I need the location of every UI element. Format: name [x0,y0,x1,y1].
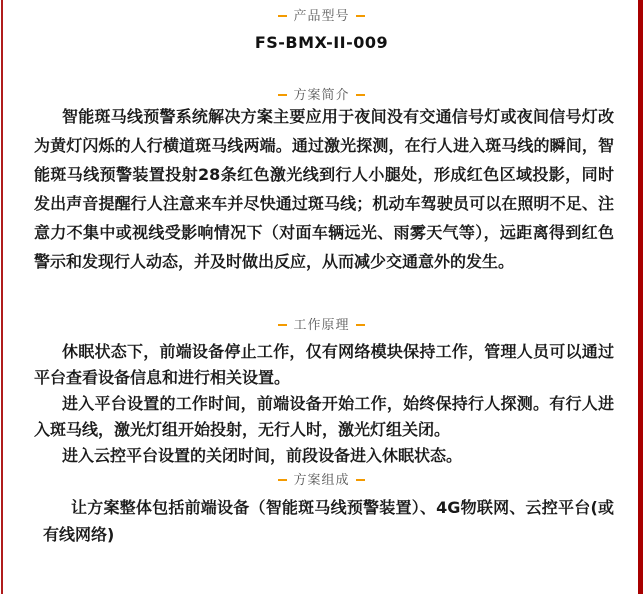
dash-right-icon [356,479,365,481]
section-header-product-model: 产品型号 [0,9,643,25]
solution-intro-paragraph: 智能斑马线预警系统解决方案主要应用于夜间没有交通信号灯或夜间信号灯改为黄灯闪烁的… [34,102,614,276]
dash-right-icon [356,15,365,17]
dash-right-icon [356,324,365,326]
solution-composition-paragraph: 让方案整体包括前端设备（智能斑马线预警装置）、4G物联网、云控平台(或有线网络) [43,494,614,548]
section-title: 工作原理 [293,318,349,333]
working-principle-paragraph-2: 进入平台设置的工作时间，前端设备开始工作，始终保持行人探测。有行人进入斑马线，激… [34,391,614,443]
section-title: 方案组成 [293,473,349,488]
dash-left-icon [278,479,287,481]
working-principle-paragraph-3: 进入云控平台设置的关闭时间，前段设备进入休眠状态。 [34,443,614,469]
model-number: FS-BMX-II-009 [0,33,643,52]
section-title: 方案简介 [293,88,349,103]
section-header-working-principle: 工作原理 [0,318,643,334]
section-title: 产品型号 [293,9,349,24]
dash-left-icon [278,324,287,326]
section-header-solution-composition: 方案组成 [0,473,643,489]
working-principle-paragraph-1: 休眠状态下，前端设备停止工作，仅有网络模块保持工作，管理人员可以通过平台查看设备… [34,339,614,391]
dash-left-icon [278,94,287,96]
dash-right-icon [356,94,365,96]
dash-left-icon [278,15,287,17]
